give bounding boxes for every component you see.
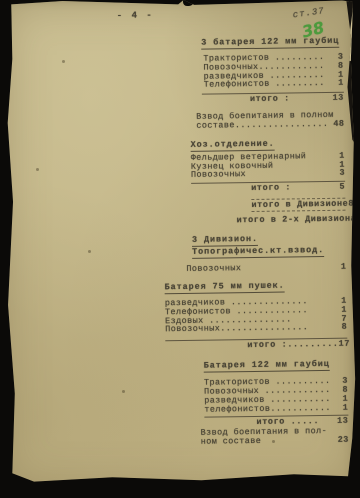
section-heading: Хоз.отделение. — [191, 138, 275, 151]
table-row: Телефонистов ............1 — [204, 79, 344, 90]
division-total-line: итого в Дивизионе81 — [251, 198, 345, 212]
table-row: Повозочных1 — [186, 263, 346, 274]
section-total: итого :13 — [202, 92, 344, 105]
subsection-heading: Топографичес.кт.взвод. — [192, 245, 324, 259]
section-total: итого :5 — [191, 181, 345, 194]
section-battery-122mm: Батарея 122 мм гаубиц Трактористов .....… — [204, 359, 349, 428]
table-row: Повозочных................8 — [165, 323, 347, 334]
section-total: итого :.........17 — [165, 338, 347, 352]
scanned-paper: - 4 - ст.37 38 3 батарея 122 мм гаубиц Т… — [2, 0, 358, 492]
section-total: итого .....13 — [204, 415, 348, 428]
table-row: телефонистов..............1 — [204, 403, 348, 414]
two-divisions-total-line: итого в 2-х Дивизионах162 — [237, 214, 346, 227]
typed-content: - 4 - ст.37 38 3 батарея 122 мм гаубиц Т… — [0, 0, 360, 494]
section-heading: Батарея 75 мм пушек. — [165, 281, 285, 295]
section-division3: 3 Дивизион. Топографичес.кт.взвод. Повоз… — [192, 233, 347, 274]
page-number: - 4 - — [117, 10, 154, 21]
text-column: 3 батарея 122 мм гаубиц Трактористов ...… — [0, 36, 349, 450]
section-ammo-platoon-2: Взвод боепитания в пол- ном составе23 — [201, 427, 349, 447]
section-battery-75mm: Батарея 75 мм пушек. разведчиков .......… — [165, 280, 348, 352]
section-battery3-122mm: 3 батарея 122 мм гаубиц Трактористов ...… — [201, 36, 344, 105]
table-row: Повозочных3 — [191, 169, 345, 180]
section-household: Хоз.отделение. Фельдшер ветеринарный1 Ку… — [191, 137, 346, 194]
section-heading: 3 батарея 122 мм гаубиц — [201, 36, 339, 50]
section-ammo-platoon-1: Взвод боепитания в полном составе.......… — [196, 111, 344, 131]
section-heading: Батарея 122 мм гаубиц — [204, 359, 330, 373]
